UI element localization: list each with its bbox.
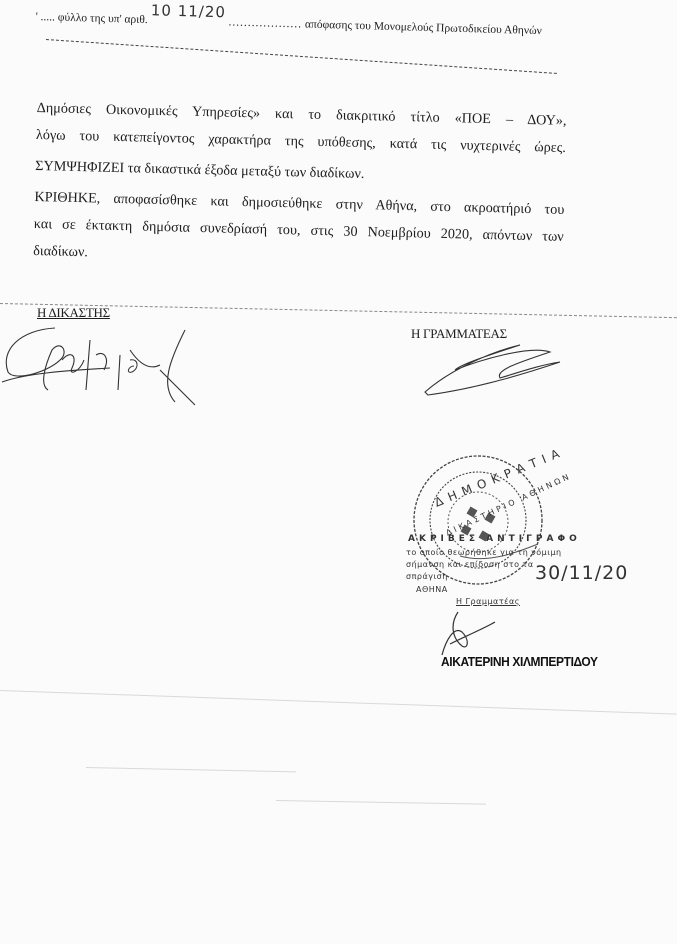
- stamp-line-3: σπράγιση: [406, 572, 448, 581]
- stamp-line-2: σήμανση και επίδοση στο τα: [406, 560, 534, 569]
- header-suffix: απόφασης του Μονομελούς Πρωτοδικείου Αθη…: [305, 19, 542, 38]
- scan-artifact-line: [276, 800, 486, 805]
- judge-signature: [0, 310, 220, 410]
- scan-artifact-line: [0, 690, 677, 715]
- header-prefix: ' ..... φύλλο της υπ' αριθ.: [36, 11, 148, 26]
- stamp-title: ΑΚΡΙΒΕΣ ΑΝΤΙΓΡΑΦΟ: [408, 534, 581, 544]
- clerk-signature: [420, 340, 570, 400]
- page-header: ' ..... φύλλο της υπ' αριθ. 10 11/20 ...…: [35, 6, 542, 38]
- decision-body: Δημόσιες Οικονομικές Υπηρεσίες» και το δ…: [33, 95, 567, 278]
- stamp-clerk-signature: [440, 610, 500, 660]
- header-dots: ...................: [228, 16, 302, 30]
- clerk-printed-name: ΑΙΚΑΤΕΡΙΝΗ ΧΙΛΜΠΕΡΤΙΔΟΥ: [441, 654, 598, 669]
- stamp-role: Η Γραμματέας: [456, 597, 520, 606]
- header-divider: [46, 39, 557, 74]
- handwritten-decision-number: 10 11/20: [151, 1, 227, 21]
- stamp-place: ΑΘΗΝΑ: [416, 585, 448, 594]
- scan-artifact-line: [86, 767, 296, 772]
- scanned-document-page: ' ..... φύλλο της υπ' αριθ. 10 11/20 ...…: [0, 0, 677, 944]
- stamp-handwritten-date: 30/11/20: [535, 562, 628, 584]
- stamp-line-1: το οποίο θεωρήθηκε για τη νόμιμη: [406, 548, 562, 557]
